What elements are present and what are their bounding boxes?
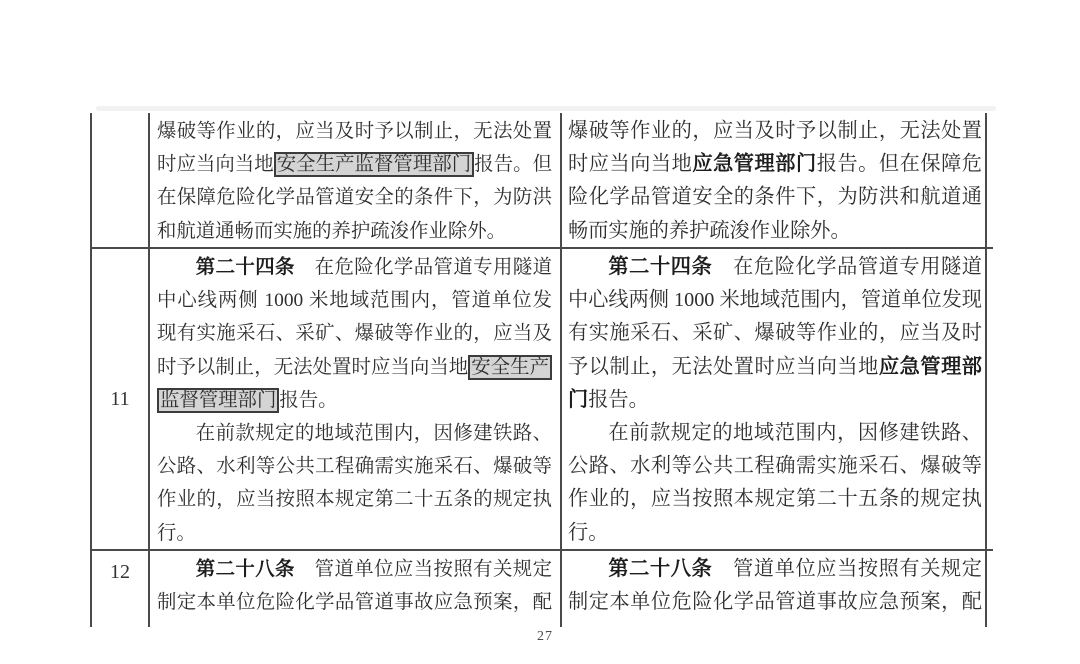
paragraph: 第二十四条在危险化学品管道专用隧道中心线两侧 1000 米地域范围内，管道单位发… (568, 251, 982, 417)
row-number-cell: 12 (90, 551, 150, 627)
text-run: 中心线两侧 1000 米地域范围内，管道单位发 (157, 290, 552, 311)
deleted-text-box: 安全生产 (468, 355, 552, 380)
text-run: 报告。 (588, 389, 649, 411)
bold-text: 第二十四条 (608, 256, 712, 278)
bold-text: 第二十四条 (196, 256, 295, 278)
text-run: 作业的，应当按照本规定第二十五条的规定执 (568, 488, 982, 510)
text-line: 有实施采石、采矿、爆破等作业的，应当及时 (568, 317, 982, 350)
text-run: 予以制止，无法处置时应当向当地 (568, 356, 879, 378)
text-line: 行。 (568, 517, 982, 550)
new-regulation-cell: 第二十四条在危险化学品管道专用隧道中心线两侧 1000 米地域范围内，管道单位发… (562, 249, 987, 549)
text-line: 时应当向当地安全生产监督管理部门报告。但 (157, 148, 552, 181)
paragraph: 在前款规定的地域范围内，因修建铁路、公路、水利等公共工程确需实施采石、爆破等作业… (568, 417, 982, 550)
paragraph: 爆破等作业的，应当及时予以制止，无法处置时应当向当地安全生产监督管理部门报告。但… (157, 115, 552, 248)
text-run: 险化学品管道安全的条件下，为防洪和航道通 (568, 186, 982, 208)
row-number-cell (90, 113, 150, 247)
text-run: 报告。 (279, 390, 337, 411)
text-run: 中心线两侧 1000 米地域范围内，管道单位发现 (568, 289, 982, 311)
table-row-12: 12 第二十八条管道单位应当按照有关规定制定本单位危险化学品管道事故应急预案，配… (90, 549, 993, 627)
comparison-table: 爆破等作业的，应当及时予以制止，无法处置时应当向当地安全生产监督管理部门报告。但… (90, 113, 993, 627)
text-line: 公路、水利等公共工程确需实施采石、爆破等 (157, 450, 552, 483)
bold-text: 应急管理部门 (692, 153, 816, 175)
text-line: 作业的，应当按照本规定第二十五条的规定执 (568, 483, 982, 516)
text-run: 报告。但在保障危 (817, 153, 982, 175)
deleted-text-box: 安全生产监督管理部门 (274, 152, 475, 177)
text-line: 作业的，应当按照本规定第二十五条的规定执 (157, 483, 552, 516)
text-line: 制定本单位危险化学品管道事故应急预案，配 (157, 586, 552, 619)
deleted-text-box: 监督管理部门 (157, 388, 279, 413)
text-line: 时予以制止，无法处置时应当向当地安全生产 (157, 351, 552, 384)
text-run: 作业的，应当按照本规定第二十五条的规定执 (157, 489, 552, 510)
bold-text: 应急管理部 (879, 356, 982, 378)
text-run: 畅而实施的养护疏浚作业除外。 (568, 220, 851, 242)
text-line: 时应当向当地应急管理部门报告。但在保障危 (568, 148, 982, 181)
text-line: 畅而实施的养护疏浚作业除外。 (568, 215, 982, 248)
text-run: 时应当向当地 (568, 153, 692, 175)
text-run: 爆破等作业的，应当及时予以制止，无法处置 (157, 121, 552, 142)
text-line: 中心线两侧 1000 米地域范围内，管道单位发现 (568, 284, 982, 317)
text-line: 第二十八条管道单位应当按照有关规定 (568, 553, 982, 586)
text-run: 管道单位应当按照有关规定 (733, 558, 982, 580)
text-line: 门报告。 (568, 384, 982, 417)
page-number: 27 (0, 629, 1080, 645)
text-line: 现有实施采石、采矿、爆破等作业的，应当及 (157, 317, 552, 350)
text-run: 现有实施采石、采矿、爆破等作业的，应当及 (157, 323, 552, 344)
text-line: 公路、水利等公共工程确需实施采石、爆破等 (568, 450, 982, 483)
old-regulation-cell: 爆破等作业的，应当及时予以制止，无法处置时应当向当地安全生产监督管理部门报告。但… (150, 113, 562, 247)
table-row-11: 11 第二十四条在危险化学品管道专用隧道中心线两侧 1000 米地域范围内，管道… (90, 247, 993, 549)
paragraph: 第二十八条管道单位应当按照有关规定制定本单位危险化学品管道事故应急预案，配 (157, 553, 552, 619)
text-run: 在危险化学品管道专用隧道 (733, 256, 982, 278)
paragraph: 第二十八条管道单位应当按照有关规定制定本单位危险化学品管道事故应急预案，配 (568, 553, 982, 619)
text-line: 监督管理部门报告。 (157, 384, 552, 417)
text-run: 制定本单位危险化学品管道事故应急预案，配 (568, 591, 982, 613)
text-run: 制定本单位危险化学品管道事故应急预案，配 (157, 592, 552, 613)
old-regulation-cell: 第二十四条在危险化学品管道专用隧道中心线两侧 1000 米地域范围内，管道单位发… (150, 249, 562, 549)
text-run: 报告。但 (474, 154, 552, 175)
new-regulation-cell: 第二十八条管道单位应当按照有关规定制定本单位危险化学品管道事故应急预案，配 (562, 551, 987, 627)
text-line: 制定本单位危险化学品管道事故应急预案，配 (568, 586, 982, 619)
text-line: 予以制止，无法处置时应当向当地应急管理部 (568, 351, 982, 384)
text-line: 在前款规定的地域范围内，因修建铁路、 (157, 417, 552, 450)
text-line: 在保障危险化学品管道安全的条件下，为防洪 (157, 181, 552, 214)
text-line: 爆破等作业的，应当及时予以制止，无法处置 (157, 115, 552, 148)
text-line: 第二十八条管道单位应当按照有关规定 (157, 553, 552, 586)
text-run: 在前款规定的地域范围内，因修建铁路、 (608, 422, 982, 444)
text-run: 行。 (568, 522, 608, 544)
text-run: 和航道通畅而实施的养护疏浚作业除外。 (157, 221, 506, 242)
bold-text: 门 (568, 389, 588, 411)
text-run: 行。 (157, 523, 196, 544)
text-line: 险化学品管道安全的条件下，为防洪和航道通 (568, 181, 982, 214)
text-run: 有实施采石、采矿、爆破等作业的，应当及时 (568, 322, 982, 344)
table-row-continuation: 爆破等作业的，应当及时予以制止，无法处置时应当向当地安全生产监督管理部门报告。但… (90, 113, 993, 247)
text-run: 在危险化学品管道专用隧道 (314, 257, 552, 278)
text-line: 爆破等作业的，应当及时予以制止，无法处置 (568, 115, 982, 148)
scan-smudge (96, 106, 996, 111)
text-run: 时应当向当地 (157, 154, 274, 175)
text-run: 在保障危险化学品管道安全的条件下，为防洪 (157, 187, 552, 208)
old-regulation-cell: 第二十八条管道单位应当按照有关规定制定本单位危险化学品管道事故应急预案，配 (150, 551, 562, 627)
text-line: 在前款规定的地域范围内，因修建铁路、 (568, 417, 982, 450)
paragraph: 第二十四条在危险化学品管道专用隧道中心线两侧 1000 米地域范围内，管道单位发… (157, 251, 552, 417)
text-run: 爆破等作业的，应当及时予以制止，无法处置 (568, 120, 982, 142)
paragraph: 爆破等作业的，应当及时予以制止，无法处置时应当向当地应急管理部门报告。但在保障危… (568, 115, 982, 248)
text-line: 第二十四条在危险化学品管道专用隧道 (568, 251, 982, 284)
text-run: 时予以制止，无法处置时应当向当地 (157, 357, 468, 378)
text-run: 公路、水利等公共工程确需实施采石、爆破等 (157, 456, 552, 477)
text-run: 公路、水利等公共工程确需实施采石、爆破等 (568, 455, 982, 477)
text-line: 和航道通畅而实施的养护疏浚作业除外。 (157, 215, 552, 248)
new-regulation-cell: 爆破等作业的，应当及时予以制止，无法处置时应当向当地应急管理部门报告。但在保障危… (562, 113, 987, 247)
row-number-cell: 11 (90, 249, 150, 549)
bold-text: 第二十八条 (196, 558, 295, 580)
text-run: 管道单位应当按照有关规定 (314, 559, 552, 580)
text-line: 中心线两侧 1000 米地域范围内，管道单位发 (157, 284, 552, 317)
text-line: 行。 (157, 517, 552, 550)
paragraph: 在前款规定的地域范围内，因修建铁路、公路、水利等公共工程确需实施采石、爆破等作业… (157, 417, 552, 550)
text-run: 在前款规定的地域范围内，因修建铁路、 (196, 423, 552, 444)
text-line: 第二十四条在危险化学品管道专用隧道 (157, 251, 552, 284)
bold-text: 第二十八条 (608, 558, 712, 580)
